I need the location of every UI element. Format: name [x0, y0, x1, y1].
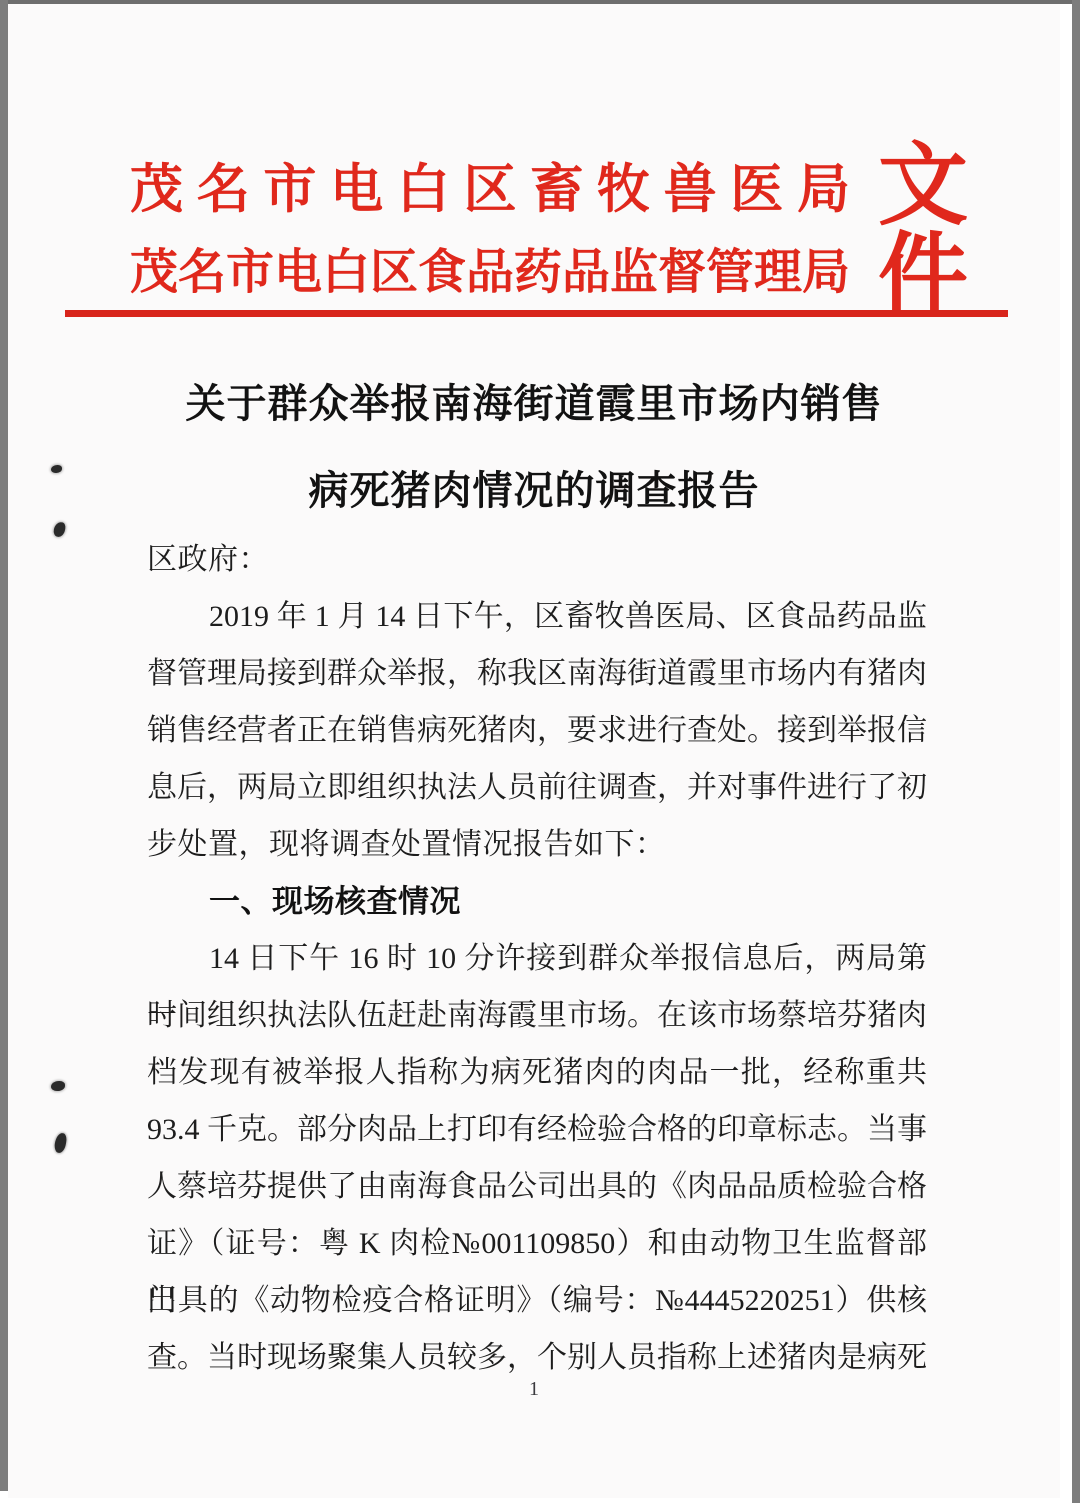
red-divider-line [65, 310, 1008, 317]
issuing-organizations: 茂名市电白区畜牧兽医局 茂名市电白区食品药品监督管理局 [130, 160, 850, 300]
scan-edge-right [1072, 0, 1080, 1503]
paper-sheet: 茂名市电白区畜牧兽医局 茂名市电白区食品药品监督管理局 文件 关于群众举报南海街… [8, 4, 1060, 1498]
scanned-document: 茂名市电白区畜牧兽医局 茂名市电白区食品药品监督管理局 文件 关于群众举报南海街… [0, 0, 1080, 1511]
body-line: 93.4 千克。部分肉品上打印有经检验合格的印章标志。当事 [147, 1101, 927, 1158]
page-number: 1 [529, 1378, 539, 1400]
org-name-line-2: 茂名市电白区食品药品监督管理局 [130, 245, 850, 300]
doc-type-label: 文件 [850, 142, 998, 322]
page-footer: 1 [8, 1378, 1060, 1401]
document-title: 关于群众举报南海街道霞里市场内销售 病死猪肉情况的调查报告 [8, 360, 1060, 534]
salutation: 区政府： [147, 531, 927, 588]
org-name-line-1: 茂名市电白区畜牧兽医局 [130, 160, 850, 221]
body-line: 步处置，现将调查处置情况报告如下： [147, 816, 927, 873]
scan-edge-left [0, 0, 8, 1491]
title-line-2: 病死猪肉情况的调查报告 [8, 447, 1060, 534]
body-line: 时间组织执法队伍赶赴南海霞里市场。在该市场蔡培芬猪肉 [147, 987, 927, 1044]
scan-edge-top [0, 0, 1080, 4]
body-line: 档发现有被举报人指称为病死猪肉的肉品一批，经称重共 [147, 1044, 927, 1101]
body-line: 2019 年 1 月 14 日下午，区畜牧兽医局、区食品药品监 [147, 588, 927, 645]
body-line: 14 日下午 16 时 10 分许接到群众举报信息后，两局第一 [147, 930, 927, 987]
section-heading: 一、现场核查情况 [147, 873, 927, 930]
body-line: 督管理局接到群众举报，称我区南海街道霞里市场内有猪肉 [147, 645, 927, 702]
body-line: 人蔡培芬提供了由南海食品公司出具的《肉品品质检验合格 [147, 1158, 927, 1215]
letterhead: 茂名市电白区畜牧兽医局 茂名市电白区食品药品监督管理局 文件 [130, 140, 998, 320]
body-line: 出具的《动物检疫合格证明》（编号：№4445220251）供核 [147, 1272, 927, 1329]
title-line-1: 关于群众举报南海街道霞里市场内销售 [8, 360, 1060, 447]
body-line: 证》（证号：粤 K 肉检№001109850）和由动物卫生监督部门 [147, 1215, 927, 1272]
document-body: 区政府： 2019 年 1 月 14 日下午，区畜牧兽医局、区食品药品监 督管理… [147, 531, 927, 1386]
body-line: 销售经营者正在销售病死猪肉，要求进行查处。接到举报信 [147, 702, 927, 759]
body-line: 息后，两局立即组织执法人员前往调查，并对事件进行了初 [147, 759, 927, 816]
